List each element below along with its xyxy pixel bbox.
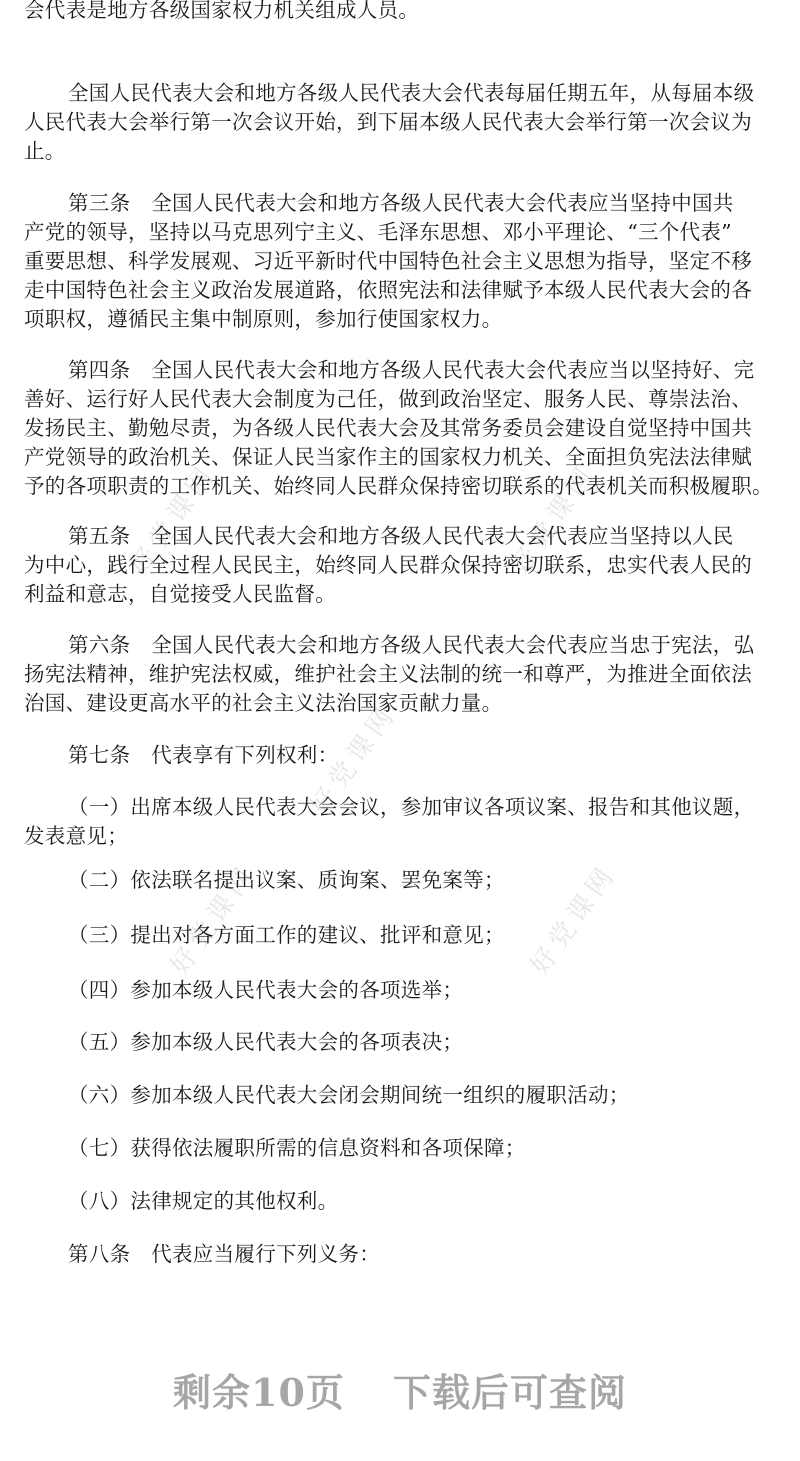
text-line: 第七条 代表享有下列权利： xyxy=(68,741,800,770)
text-line: 予的各项职责的工作机关、始终同人民群众保持密切联系的代表机关而积极履职。 xyxy=(24,472,776,501)
text-line: 第八条 代表应当履行下列义务： xyxy=(68,1240,800,1269)
text-line: （七）获得依法履职所需的信息资料和各项保障； xyxy=(68,1134,800,1163)
text-line: 第六条 全国人民代表大会和地方各级人民代表大会代表应当忠于宪法，弘 xyxy=(68,631,800,660)
text-line: 发表意见； xyxy=(24,822,776,851)
text-line: 第四条 全国人民代表大会和地方各级人民代表大会代表应当以坚持好、完 xyxy=(68,356,800,385)
text-line: 止。 xyxy=(24,137,776,166)
text-line: （二）依法联名提出议案、质询案、罢免案等； xyxy=(68,866,800,895)
text-line: 走中国特色社会主义政治发展道路，依照宪法和法律赋予本级人民代表大会的各 xyxy=(24,276,776,305)
document-page: 好党课网 好党课网 好党课网 好党课网 好党课网 会代表是地方各级国家权力机关组… xyxy=(0,0,800,1461)
text-line: 第三条 全国人民代表大会和地方各级人民代表大会代表应当坚持中国共 xyxy=(68,189,800,218)
remaining-pages-banner[interactable]: 剩余10页下载后可查阅 xyxy=(0,1362,800,1417)
text-line: 会代表是地方各级国家权力机关组成人员。 xyxy=(24,0,776,25)
text-line: （六）参加本级人民代表大会闭会期间统一组织的履职活动； xyxy=(68,1081,800,1110)
text-line: （八）法律规定的其他权利。 xyxy=(68,1187,800,1216)
text-line: 发扬民主、勤勉尽责，为各级人民代表大会及其常务委员会建设自觉坚持中国共 xyxy=(24,414,776,443)
text-line: 人民代表大会举行第一次会议开始，到下届本级人民代表大会举行第一次会议为 xyxy=(24,108,776,137)
text-line: 善好、运行好人民代表大会制度为己任，做到政治坚定、服务人民、尊崇法治、 xyxy=(24,385,776,414)
text-line: 产党领导的政治机关、保证人民当家作主的国家权力机关、全面担负宪法法律赋 xyxy=(24,443,776,472)
text-line: 产党的领导，坚持以马克思列宁主义、毛泽东思想、邓小平理论、“三个代表” xyxy=(24,218,776,247)
text-line: 项职权，遵循民主集中制原则，参加行使国家权力。 xyxy=(24,305,776,334)
text-line: （一）出席本级人民代表大会会议，参加审议各项议案、报告和其他议题， xyxy=(68,793,800,822)
text-line: （三）提出对各方面工作的建议、批评和意见； xyxy=(68,921,800,950)
text-line: 利益和意志，自觉接受人民监督。 xyxy=(24,580,776,609)
download-hint-text: 下载后可查阅 xyxy=(393,1362,627,1417)
text-line: 扬宪法精神，维护宪法权威，维护社会主义法制的统一和尊严，为推进全面依法 xyxy=(24,660,776,689)
text-line: （四）参加本级人民代表大会的各项选举； xyxy=(68,976,800,1005)
text-line: 全国人民代表大会和地方各级人民代表大会代表每届任期五年，从每届本级 xyxy=(68,79,800,108)
text-line: （五）参加本级人民代表大会的各项表决； xyxy=(68,1028,800,1057)
text-line: 第五条 全国人民代表大会和地方各级人民代表大会代表应当坚持以人民 xyxy=(68,522,800,551)
remaining-pages-text: 剩余10页 xyxy=(173,1362,345,1417)
text-line: 为中心，践行全过程人民民主，始终同人民群众保持密切联系，忠实代表人民的 xyxy=(24,551,776,580)
text-line: 治国、建设更高水平的社会主义法治国家贡献力量。 xyxy=(24,689,776,718)
text-line: 重要思想、科学发展观、习近平新时代中国特色社会主义思想为指导，坚定不移 xyxy=(24,247,776,276)
